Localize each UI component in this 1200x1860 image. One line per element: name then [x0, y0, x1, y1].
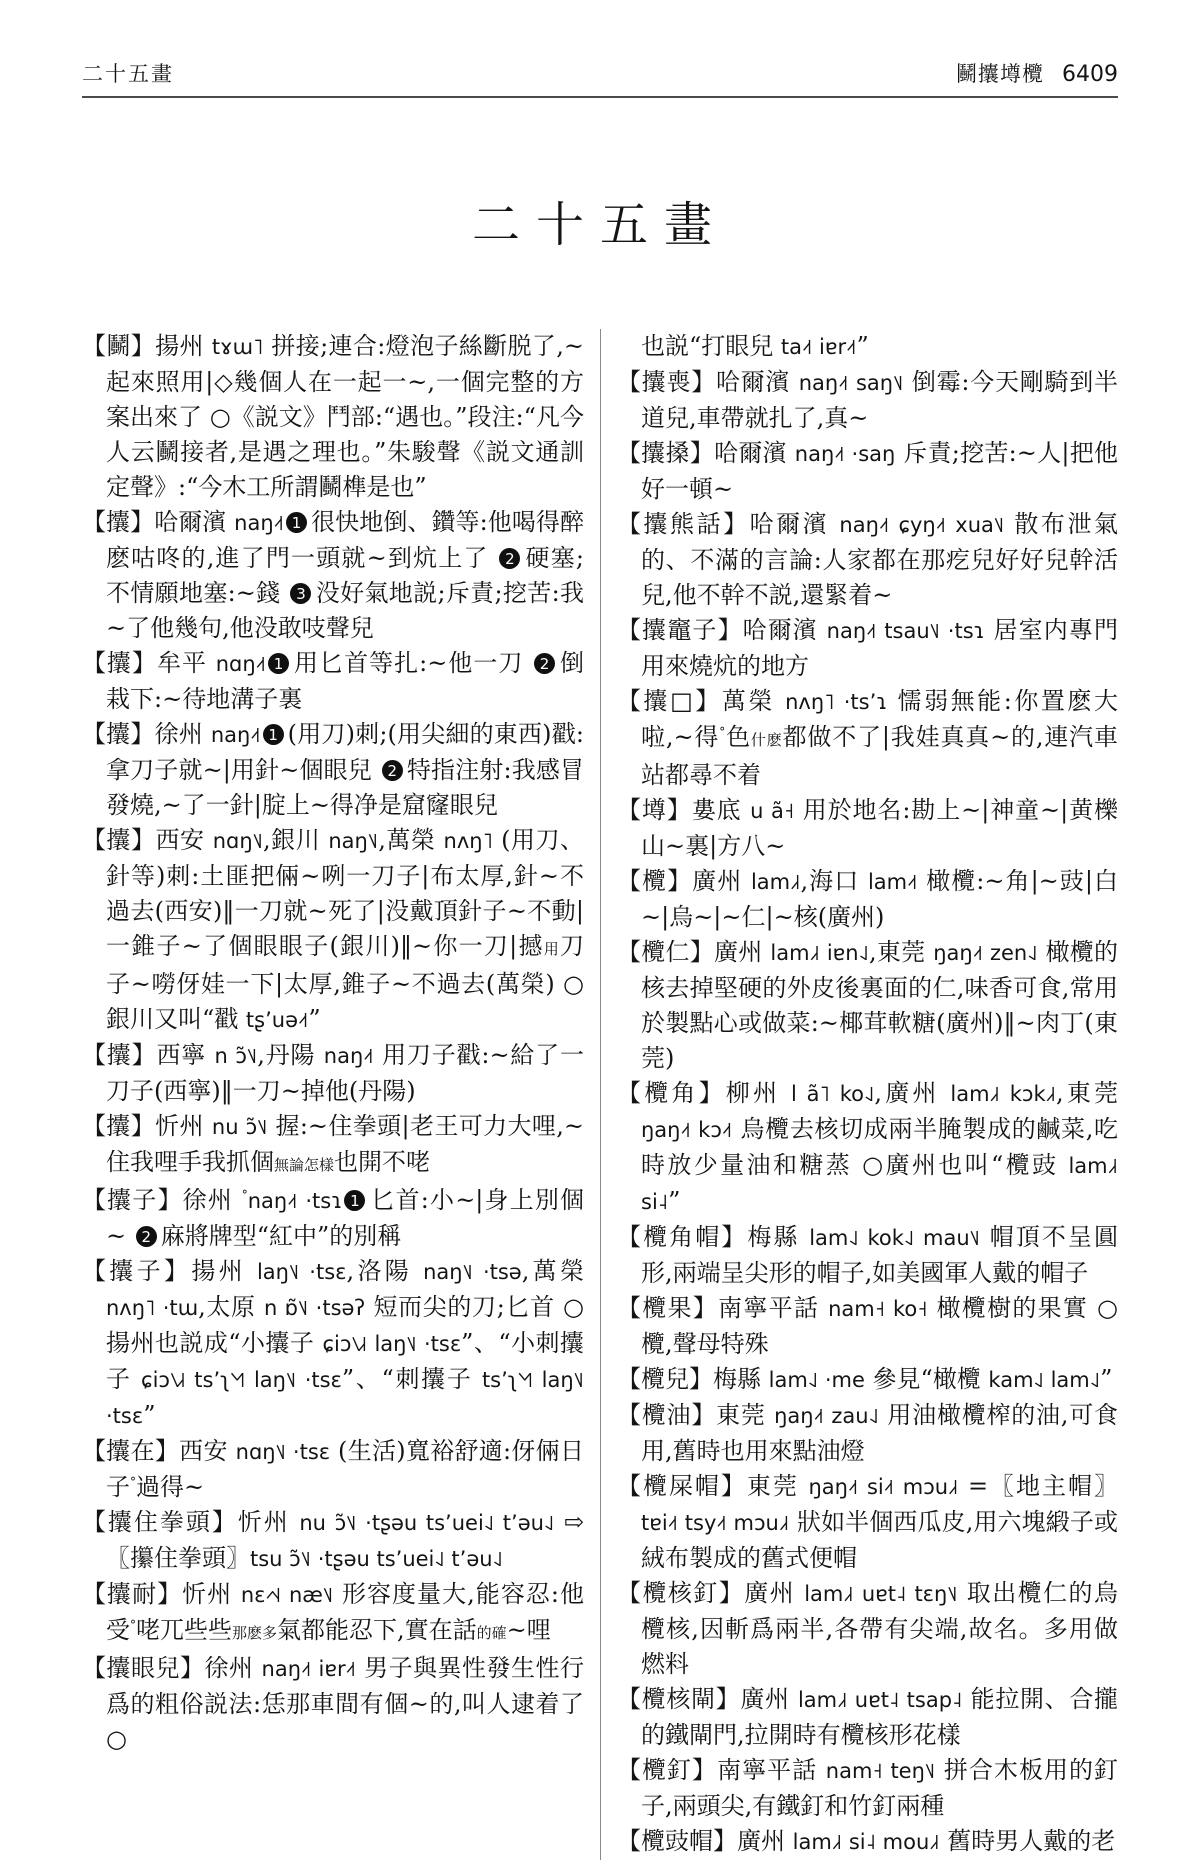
definition-text: 哈爾濱 [743, 616, 827, 644]
dictionary-entry: 【壿】婁底 u ã˧ 用於地名:勘上~|神童~|黄櫟山~裏|方八~ [617, 793, 1118, 864]
phonetic-transcription: laŋ˥˩ ·tsɛ [257, 1260, 347, 1284]
phonetic-transcription: n ɒ̃˥˩ ·tsəʔ [264, 1296, 365, 1320]
circled-number: 1 [263, 724, 284, 745]
dictionary-entry: 【欖仁】廣州 lam˩˧ iɐn˨˩,東莞 ŋaŋ˨˦ zen˨˩ 橄欖的核去掉… [617, 935, 1118, 1076]
definition-text: 忻州 [182, 1580, 241, 1608]
phonetic-transcription: n ɔ̃˥˩ [215, 1044, 258, 1068]
dictionary-entry: 【欖角帽】梅縣 lam˨˩ kok˨˩ mau˥˩ 帽頂不呈圓形,兩端呈尖形的帽… [617, 1220, 1118, 1291]
headword: 【攮】 [82, 1041, 156, 1069]
headword: 【攮住拳頭】 [82, 1508, 238, 1536]
headword: 【欖】 [617, 867, 692, 895]
dictionary-entry: 【欖釘】南寧平話 nam˧ teŋ˥˩ 拼合木板用的釘子,兩頭尖,有鐵釘和竹釘兩… [617, 1753, 1118, 1824]
phonetic-transcription: naŋ˥˩ ·tsə [423, 1260, 522, 1284]
dictionary-entry: 【攮住拳頭】忻州 nu ɔ̃˥˩ ·tʂəu ts’uei˨˩ t’əu˨˩ ⇨… [82, 1505, 584, 1577]
phonetic-transcription: lam˩˧ iɐn˨˩ [770, 941, 869, 965]
column-left: 【鬭】揚州 tɤɯ˥ 拼接;連合:燈泡子絲斷脱了,~起來照用|◇幾個人在一起一~… [82, 329, 600, 1860]
phonetic-transcription: lam˨˦ [868, 870, 918, 894]
dictionary-entry: 【攮耐】忻州 nɛ˨˦˨ næ˥˩ 形容度量大,能容忍:他受°咾兀些些那麽多氣都… [82, 1577, 584, 1651]
definition-text: 南寧平話 [717, 1756, 826, 1784]
dictionary-entry: 【欖核閘】廣州 lam˩˧ uɐt˨ tsap˨ 能拉開、合攏的鐵閘門,拉開時有… [617, 1682, 1118, 1753]
definition-text: 哈爾濱 [716, 368, 799, 396]
dictionary-page: 二十五畫 鬭攮壿欖6409 二十五畫 【鬭】揚州 tɤɯ˥ 拼接;連合:燈泡子絲… [0, 0, 1200, 1860]
phonetic-transcription: ta˨˦ iɐr˨˦ [781, 335, 857, 359]
dictionary-entry: 【攮子】徐州 °naŋ˨˦ ·tsɿ1匕首:小~|身上別個~ 2麻將牌型“紅中”… [82, 1183, 584, 1254]
headword: 【欖豉帽】 [617, 1827, 737, 1855]
dictionary-entry: 【攮熊話】哈爾濱 naŋ˨˦ ɕyŋ˨˦ xua˥˩ 散布泄氣的、不滿的言論:人… [617, 507, 1118, 613]
phonetic-transcription: lam˩˧ kɔk˩˧ [950, 1082, 1056, 1106]
definition-text: ,銀川 [263, 826, 328, 854]
phonetic-transcription: lam˨˩ ·me [769, 1368, 865, 1392]
definition-text: 揚州 [155, 332, 212, 360]
definition-text: ” [308, 1005, 320, 1033]
definition-text: ” [143, 1401, 155, 1429]
phonetic-transcription: naŋ˨˦ [234, 511, 284, 535]
definition-text: 也開不咾 [334, 1148, 430, 1176]
definition-text: 咾兀些些 [136, 1616, 232, 1644]
phonetic-transcription: lam˩˧ si˨ mou˩˧ [793, 1830, 940, 1854]
phonetic-transcription: nam˧ ko˧ [828, 1297, 928, 1321]
definition-text: 也説“打眼兒 [641, 332, 781, 360]
headword: 【攮眼兒】 [82, 1654, 204, 1682]
dictionary-entry: 【攮喪】哈爾濱 naŋ˨˦ saŋ˥˩ 倒霉:今天剛騎到半道兒,車帶就扎了,真~ [617, 365, 1118, 436]
phonetic-transcription: naŋ˨˦ [324, 1044, 374, 1068]
phonetic-transcription: naŋ˨˦ ·saŋ [795, 442, 896, 466]
definition-text: 梅縣 [747, 1223, 809, 1251]
dictionary-entry: 【攮】西寧 n ɔ̃˥˩,丹陽 naŋ˨˦ 用刀子戳:~給了一刀子(西寧)‖一刀… [82, 1038, 584, 1109]
headword: 【攮熊話】 [617, 510, 750, 538]
definition-text: ,丹陽 [257, 1041, 324, 1069]
headword: 【攮在】 [82, 1437, 179, 1465]
headword: 【攮子】 [82, 1257, 191, 1285]
phonetic-transcription: nʌŋ˥ ·ts’ɿ [785, 690, 887, 714]
small-annotation: 那麽多 [232, 1624, 277, 1642]
dictionary-entry: 【欖核釘】廣州 lam˩˧ uɐt˨ tɛŋ˥˩ 取出欖仁的烏欖核,因斬爲兩半,… [617, 1576, 1118, 1682]
dictionary-entry: 【欖果】南寧平話 nam˧ ko˧ 橄欖樹的果實 ○欖,聲母特殊 [617, 1291, 1118, 1362]
circled-number: 2 [499, 548, 520, 569]
phonetic-transcription: lam˩˧ uɐt˨ tsap˨ [798, 1688, 962, 1712]
small-annotation: 無論怎樣 [274, 1156, 334, 1174]
circled-number: 2 [382, 760, 403, 781]
dictionary-entry: 【鬭】揚州 tɤɯ˥ 拼接;連合:燈泡子絲斷脱了,~起來照用|◇幾個人在一起一~… [82, 329, 584, 505]
running-head-right: 鬭攮壿欖6409 [956, 58, 1118, 88]
phonetic-transcription: lam˩˧ [751, 870, 801, 894]
phonetic-transcription: nʌŋ˥ ·tɯ [106, 1296, 198, 1320]
dictionary-entry: 【攮子】揚州 laŋ˥˩ ·tsɛ,洛陽 naŋ˥˩ ·tsə,萬榮 nʌŋ˥ … [82, 1254, 584, 1434]
headword: 【欖果】 [617, 1294, 718, 1322]
definition-text: 西安 [179, 1437, 236, 1465]
definition-text: ,海口 [800, 867, 867, 895]
definition-text: 麻將牌型“紅中”的別稱 [161, 1222, 402, 1250]
phonetic-transcription: nɑŋ˨˦ [216, 652, 266, 676]
phonetic-transcription: ɕiɔ˥˩˧ laŋ˥˩ ·tsɛ [322, 1332, 461, 1356]
headword: 【攮耐】 [82, 1580, 182, 1608]
headword: 【攮】 [82, 649, 157, 677]
definition-text: 廣州 [744, 1579, 804, 1607]
phonetic-transcription: naŋ˥˩ [328, 829, 378, 853]
definition-text: ” [1100, 1365, 1112, 1393]
phonetic-transcription: tɐi˨˦ tsy˨˦ mɔu˩˧ [641, 1511, 789, 1535]
headword: 【攮喪】 [617, 368, 716, 396]
dictionary-entry: 【欖角】柳州 l ã˥ ko˨˩,廣州 lam˩˧ kɔk˩˧,東莞 ŋaŋ˨˦… [617, 1076, 1118, 1220]
small-annotation: 用 [544, 940, 560, 958]
headword: 【攮子】 [82, 1186, 183, 1214]
definition-text: 東莞 [716, 1401, 774, 1429]
definition-text: 舊時男人戴的老 [940, 1827, 1116, 1855]
circled-number: 3 [290, 583, 311, 604]
definition-text: 過得~ [136, 1473, 204, 1501]
phonetic-transcription: nam˧ teŋ˥˩ [826, 1759, 936, 1783]
definition-text: 牟平 [157, 649, 216, 677]
phonetic-transcription: kam˨˩ lam˨˩ [988, 1368, 1100, 1392]
phonetic-transcription: naŋ˨˦ ɕyŋ˨˦ xua˥˩ [839, 513, 1004, 537]
headword: 【欖核閘】 [617, 1685, 740, 1713]
phonetic-transcription: naŋ˨˦ [211, 723, 261, 747]
definition-text: 西寧 [156, 1041, 214, 1069]
headword: 【欖屎帽】 [617, 1472, 747, 1500]
definition-text: 東莞 [747, 1472, 809, 1500]
dictionary-entry: 【攮眼兒】徐州 naŋ˨˦ iɐr˨˦ 男子與異性發生性行爲的粗俗説法:恁那車間… [82, 1651, 584, 1757]
definition-text: ,洛陽 [347, 1257, 424, 1285]
dictionary-entry: 【攮在】西安 nɑŋ˥˩ ·tsɛ (生活)寬裕舒適:伢倆日子°過得~ [82, 1434, 584, 1505]
phonetic-transcription: ɕiɔ˥˩˧ ts’ʅ˥˧˥ laŋ˥˩ ·tsɛ [141, 1368, 342, 1392]
headword: 【攮】 [82, 508, 154, 536]
definition-text: ” [856, 332, 868, 360]
definition-text: 徐州 [155, 720, 211, 748]
definition-text: 哈爾濱 [154, 508, 234, 536]
headword: 【壿】 [617, 796, 692, 824]
phonetic-transcription: ŋaŋ˨˦ kɔ˨˦ [641, 1118, 732, 1142]
phonetic-transcription: ŋaŋ˨˦ zau˨˩ [774, 1404, 879, 1428]
dictionary-entry: 【攮搡】哈爾濱 naŋ˨˦ ·saŋ 斥責;挖苦:~人|把他好一頓~ [617, 436, 1118, 507]
dictionary-entry: 【攮】哈爾濱 naŋ˨˦1很快地倒、鑽等:他喝得醉麽咕咚的,進了門一頭就~到炕上… [82, 505, 584, 646]
phonetic-transcription: nʌŋ˥ [444, 829, 493, 853]
definition-text: 色 [725, 723, 751, 751]
definition-text: 參見“橄欖 [865, 1365, 989, 1393]
phonetic-transcription: nɑŋ˥˩ ·tsɛ [236, 1440, 330, 1464]
text-columns: 【鬭】揚州 tɤɯ˥ 拼接;連合:燈泡子絲斷脱了,~起來照用|◇幾個人在一起一~… [82, 329, 1118, 1860]
phonetic-transcription: lam˩˧ uɐt˨ tɛŋ˥˩ [804, 1582, 958, 1606]
definition-text: ,廣州 [874, 1079, 950, 1107]
headword: 【鬭】 [82, 332, 155, 360]
phonetic-transcription: nɛ˨˦˨ næ˥˩ [241, 1583, 333, 1607]
dictionary-entry: 【攮□】萬榮 nʌŋ˥ ·ts’ɿ 懦弱無能:你置麽大啦,~得°色什麽都做不了|… [617, 684, 1118, 793]
definition-text: ,太原 [198, 1293, 264, 1321]
phonetic-transcription: lam˨˩ kok˨˩ mau˥˩ [809, 1226, 980, 1250]
headword: 【欖釘】 [617, 1756, 717, 1784]
definition-text: ”、“刺攮子 [342, 1365, 482, 1393]
phonetic-transcription: ŋaŋ˨˦ si˨˦ mɔu˩˧ [808, 1475, 958, 1499]
definition-text: ” [668, 1187, 680, 1215]
dictionary-entry: 【欖屎帽】東莞 ŋaŋ˨˦ si˨˦ mɔu˩˧ =〖地主帽〗tɐi˨˦ tsy… [617, 1469, 1118, 1576]
phonetic-transcription: u ã˧ [750, 799, 794, 823]
dictionary-entry: 【攮】西安 nɑŋ˥˩,銀川 naŋ˥˩,萬榮 nʌŋ˥ (用刀、針等)刺:土匪… [82, 823, 584, 1038]
phonetic-transcription: tɤɯ˥ [212, 335, 264, 359]
headword: 【欖角】 [617, 1079, 726, 1107]
definition-text: 哈爾濱 [714, 439, 795, 467]
definition-text: ,東莞 [1056, 1079, 1118, 1107]
phonetic-transcription: naŋ˨˦ saŋ˥˩ [799, 371, 904, 395]
section-title: 二十五畫 [82, 186, 1118, 255]
circled-number: 2 [136, 1226, 157, 1247]
headword: 【欖角帽】 [617, 1223, 747, 1251]
dictionary-entry: 【欖豉帽】廣州 lam˩˧ si˨ mou˩˧ 舊時男人戴的老 [617, 1824, 1118, 1860]
headword: 【攮】 [82, 1112, 155, 1140]
phonetic-transcription: naŋ˨˦ tsau˥˩ ·tsɿ [827, 619, 985, 643]
headword: 【攮竈子】 [617, 616, 743, 644]
definition-text: 柳州 [726, 1079, 791, 1107]
small-annotation: 什麽 [751, 731, 783, 749]
column-right: 也説“打眼兒 ta˨˦ iɐr˨˦”【攮喪】哈爾濱 naŋ˨˦ saŋ˥˩ 倒霉… [600, 329, 1118, 1860]
dictionary-entry: 【欖】廣州 lam˩˧,海口 lam˨˦ 橄欖:~角|~豉|白~|烏~|~仁|~… [617, 864, 1118, 935]
definition-text: 萬榮 [722, 687, 785, 715]
dictionary-entry: 【攮竈子】哈爾濱 naŋ˨˦ tsau˥˩ ·tsɿ 居室内專門用來燒炕的地方 [617, 613, 1118, 684]
phonetic-transcription: ŋaŋ˨˦ zen˨˩ [933, 941, 1037, 965]
dictionary-entry: 【攮】牟平 nɑŋ˨˦1用匕首等扎:~他一刀 2倒栽下:~待地溝子裏 [82, 646, 584, 717]
definition-text: 徐州 [183, 1186, 242, 1214]
definition-text: =〖地主帽〗 [958, 1472, 1118, 1500]
dictionary-entry: 【欖油】東莞 ŋaŋ˨˦ zau˨˩ 用油橄欖榨的油,可食用,舊時也用來點油燈 [617, 1398, 1118, 1469]
definition-text: ~哩 [507, 1616, 551, 1644]
definition-text: 廣州 [737, 1827, 793, 1855]
headword: 【攮】 [82, 720, 155, 748]
headword: 【欖核釘】 [617, 1579, 744, 1607]
phonetic-transcription: tʂ’uə˨˦ [246, 1008, 308, 1032]
page-header: 二十五畫 鬭攮壿欖6409 [82, 58, 1118, 98]
headword: 【欖仁】 [617, 938, 714, 966]
phonetic-transcription: tsu ɔ̃˥˩ ·tʂəu ts’uei˨˩ t’əu˨˩ [250, 1547, 503, 1571]
phonetic-transcription: nɑŋ˥˩ [213, 829, 263, 853]
definition-text: 用匕首等扎:~他一刀 [293, 649, 532, 677]
definition-text: 徐州 [204, 1654, 261, 1682]
small-annotation: 的確 [477, 1624, 507, 1642]
headword: 【欖兒】 [617, 1365, 713, 1393]
entry-continuation: 也説“打眼兒 ta˨˦ iɐr˨˦” [617, 329, 1118, 365]
running-head-left: 二十五畫 [82, 58, 174, 88]
headword: 【攮□】 [617, 687, 722, 715]
definition-text: ,東莞 [869, 938, 933, 966]
definition-text: 廣州 [714, 938, 770, 966]
definition-text: ,萬榮 [378, 826, 443, 854]
page-number: 6409 [1062, 62, 1118, 87]
definition-text: 哈爾濱 [750, 510, 840, 538]
phonetic-transcription: nu ɔ̃˥˩ ·tʂəu ts’uei˨˩ t’əu˨˩ [299, 1511, 554, 1535]
circled-number: 1 [268, 653, 289, 674]
definition-text: 南寧平話 [718, 1294, 828, 1322]
phonetic-transcription: naŋ˨˦ ·tsɿ [248, 1189, 343, 1213]
definition-text: 西安 [156, 826, 213, 854]
dictionary-entry: 【攮】忻州 nu ɔ̃˥˩ 握:~住拳頭|老王可力大哩,~住我哩手我抓個無論怎樣… [82, 1109, 584, 1183]
headword: 【攮】 [82, 826, 156, 854]
circled-number: 1 [344, 1190, 365, 1211]
definition-text: 梅縣 [713, 1365, 769, 1393]
running-head-characters: 鬭攮壿欖 [956, 62, 1044, 86]
definition-text: 氣都能忍下,實在話 [277, 1616, 477, 1644]
phonetic-transcription: naŋ˨˦ iɐr˨˦ [262, 1657, 356, 1681]
headword: 【欖油】 [617, 1401, 716, 1429]
circled-number: 2 [534, 653, 555, 674]
dictionary-entry: 【欖兒】梅縣 lam˨˩ ·me 參見“橄欖 kam˨˩ lam˨˩” [617, 1362, 1118, 1398]
definition-text: 廣州 [740, 1685, 798, 1713]
definition-text: 忻州 [155, 1112, 212, 1140]
phonetic-transcription: nu ɔ̃˥˩ [212, 1115, 268, 1139]
definition-text: 廣州 [692, 867, 751, 895]
definition-text: ,萬榮 [522, 1257, 584, 1285]
definition-text: 揚州 [191, 1257, 257, 1285]
definition-text: 婁底 [692, 796, 750, 824]
definition-text: 忻州 [238, 1508, 300, 1536]
headword: 【攮搡】 [617, 439, 714, 467]
phonetic-transcription: l ã˥ ko˨˩ [791, 1082, 874, 1106]
dictionary-entry: 【攮】徐州 naŋ˨˦1(用刀)刺;(用尖細的東西)戳:拿刀子就~|用針~個眼兒… [82, 717, 584, 823]
circled-number: 1 [286, 512, 307, 533]
